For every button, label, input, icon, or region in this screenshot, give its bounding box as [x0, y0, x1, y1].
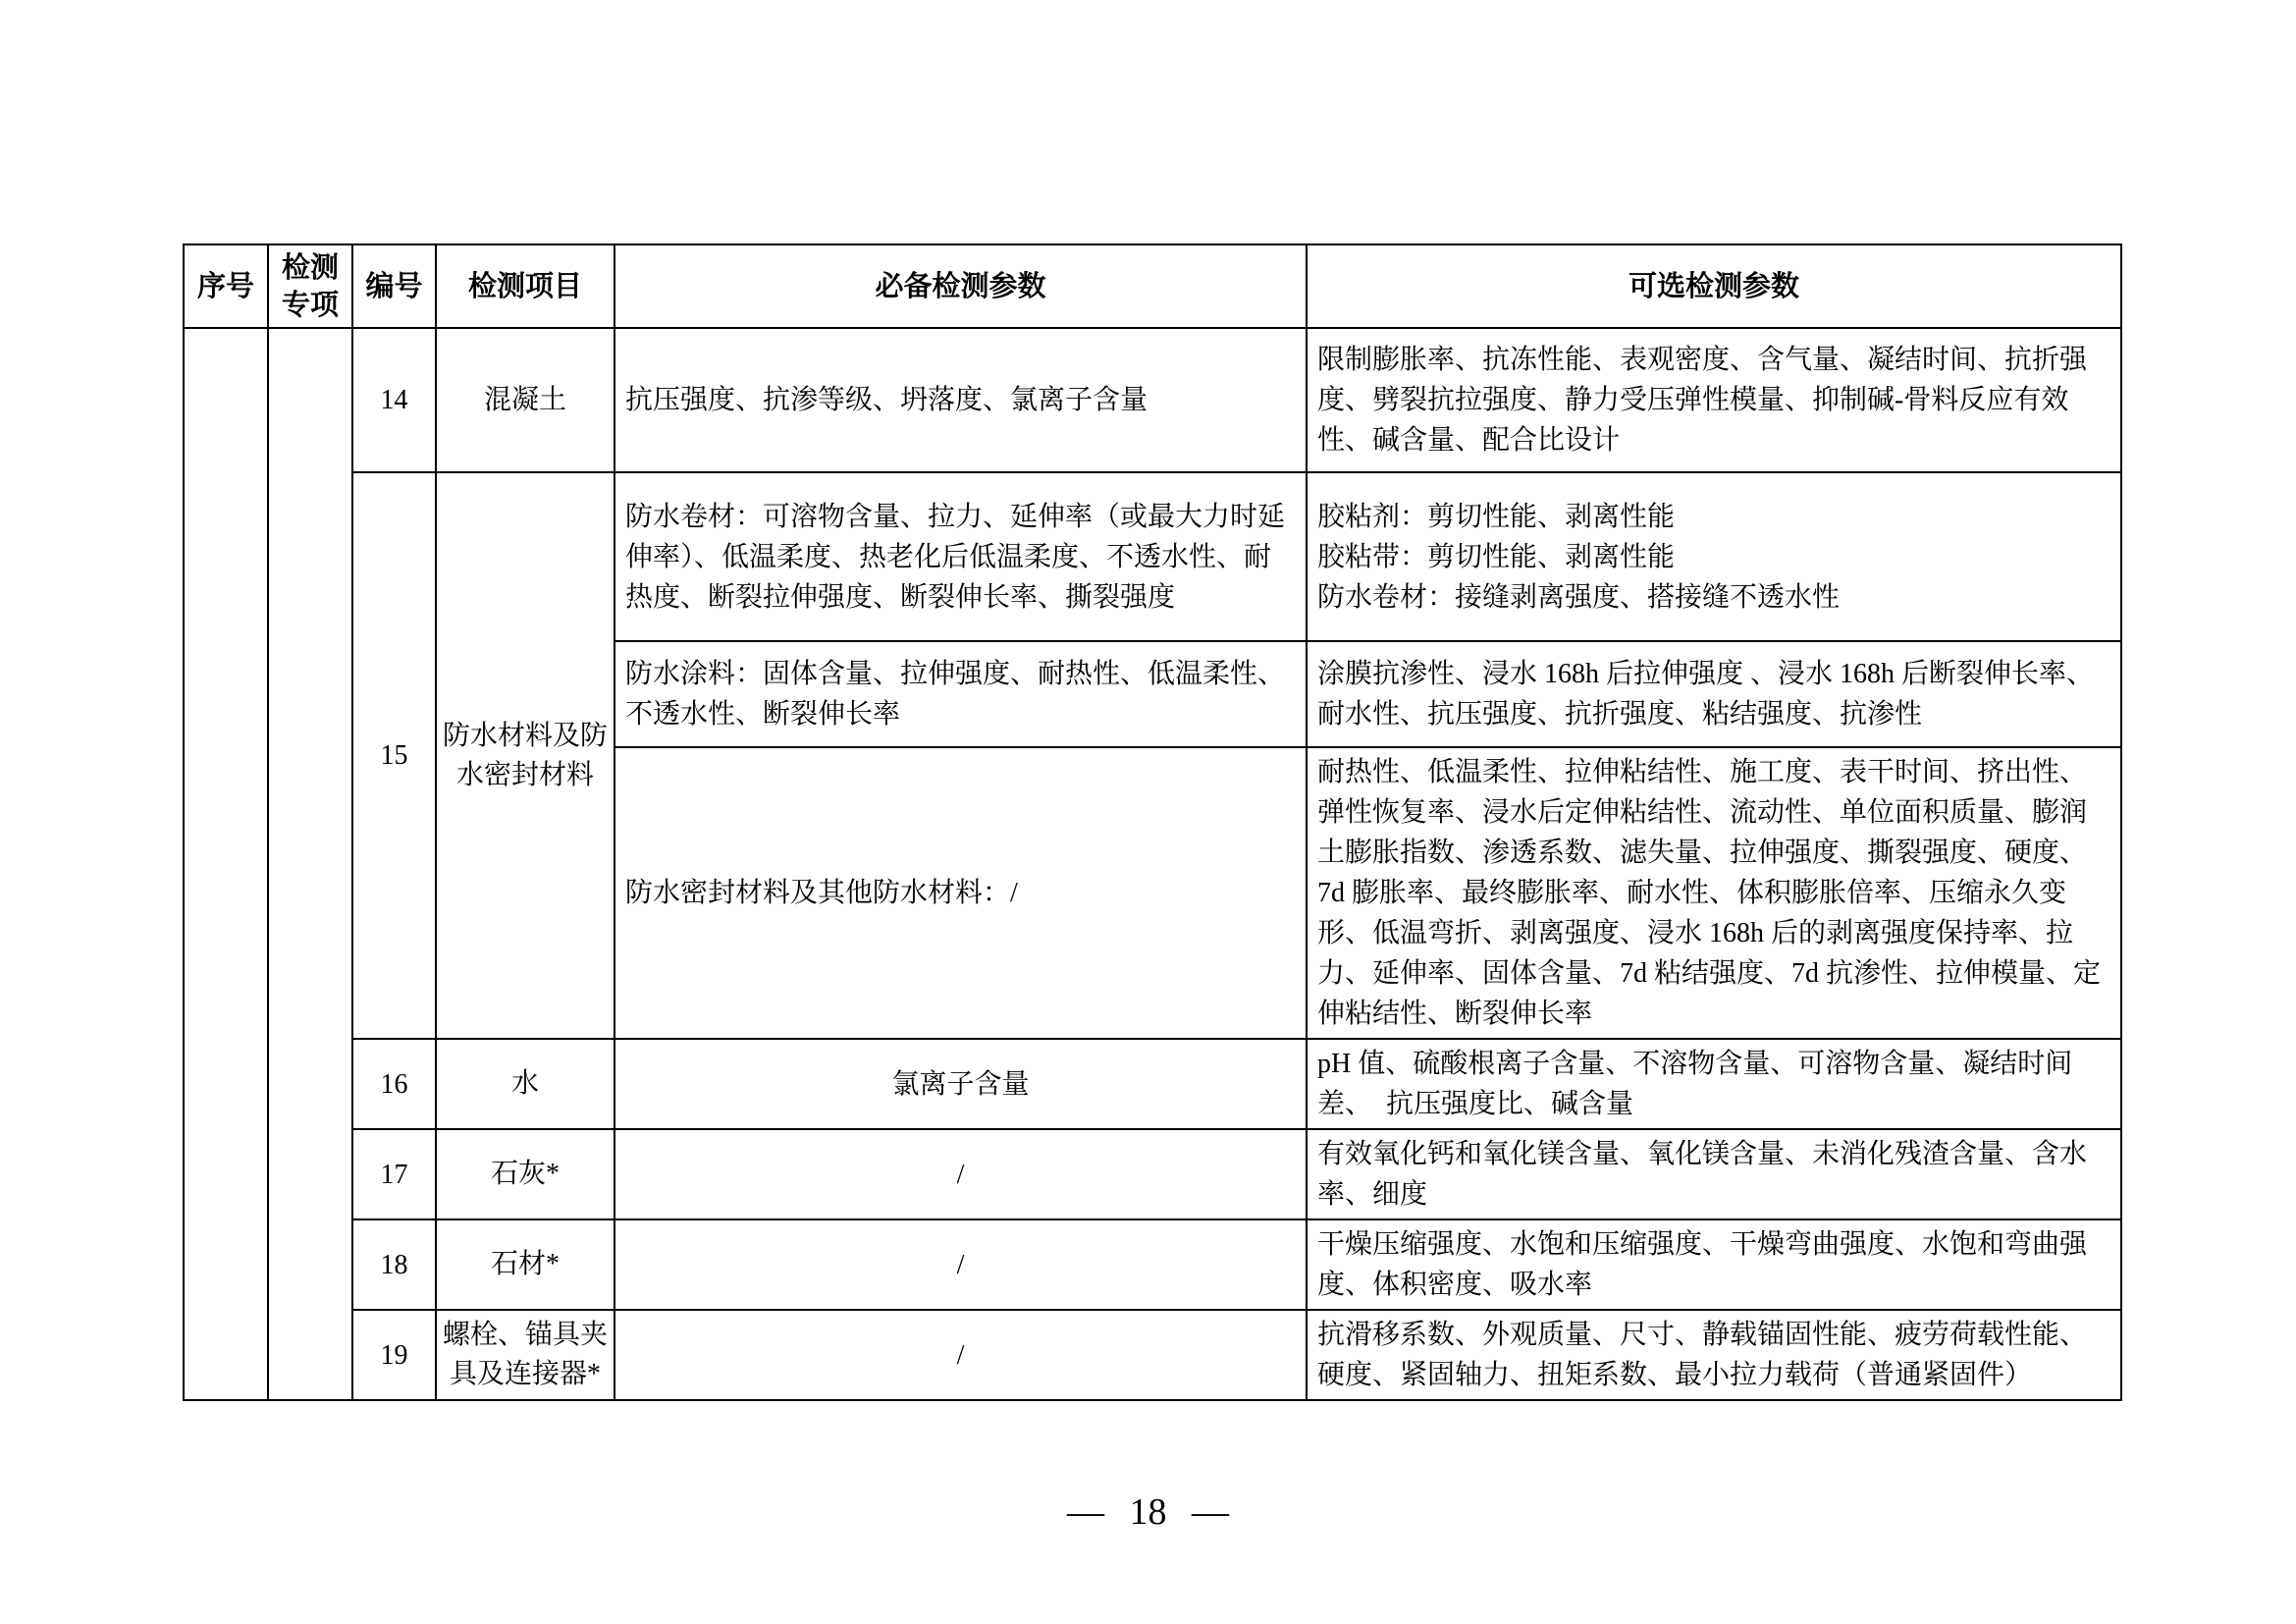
row17-required: / — [614, 1129, 1307, 1219]
document-page: 序号 检测专项 编号 检测项目 必备检测参数 可选检测参数 14 混凝土 抗压强… — [0, 0, 2296, 1624]
row16-optional: pH 值、硫酸根离子含量、不溶物含量、可溶物含量、凝结时间差、 抗压强度比、碱含… — [1307, 1039, 2121, 1129]
row16-code: 16 — [352, 1039, 436, 1129]
row15-coating-optional: 涂膜抗渗性、浸水 168h 后拉伸强度 、浸水 168h 后断裂伸长率、耐水性、… — [1307, 641, 2121, 747]
table-row: 19 螺栓、锚具夹具及连接器* / 抗滑移系数、外观质量、尺寸、静载锚固性能、疲… — [184, 1310, 2121, 1400]
table-row: 14 混凝土 抗压强度、抗渗等级、坍落度、氯离子含量 限制膨胀率、抗冻性能、表观… — [184, 328, 2121, 472]
page-number: — 18 — — [0, 1490, 2296, 1534]
row15-membrane-required: 防水卷材：可溶物含量、拉力、延伸率（或最大力时延伸率）、低温柔度、热老化后低温柔… — [614, 472, 1307, 641]
row14-code: 14 — [352, 328, 436, 472]
table-header-row: 序号 检测专项 编号 检测项目 必备检测参数 可选检测参数 — [184, 244, 2121, 328]
header-item: 检测项目 — [436, 244, 614, 328]
row18-code: 18 — [352, 1219, 436, 1310]
serial-merged-cell — [184, 328, 268, 1400]
row19-item: 螺栓、锚具夹具及连接器* — [436, 1310, 614, 1400]
row18-item: 石材* — [436, 1219, 614, 1310]
row18-optional: 干燥压缩强度、水饱和压缩强度、干燥弯曲强度、水饱和弯曲强度、体积密度、吸水率 — [1307, 1219, 2121, 1310]
row19-required: / — [614, 1310, 1307, 1400]
table-row: 18 石材* / 干燥压缩强度、水饱和压缩强度、干燥弯曲强度、水饱和弯曲强度、体… — [184, 1219, 2121, 1310]
row14-optional: 限制膨胀率、抗冻性能、表观密度、含气量、凝结时间、抗折强度、劈裂抗拉强度、静力受… — [1307, 328, 2121, 472]
row19-code: 19 — [352, 1310, 436, 1400]
header-serial: 序号 — [184, 244, 268, 328]
table-row: 17 石灰* / 有效氧化钙和氧化镁含量、氧化镁含量、未消化残渣含量、含水率、细… — [184, 1129, 2121, 1219]
header-code: 编号 — [352, 244, 436, 328]
row19-optional: 抗滑移系数、外观质量、尺寸、静载锚固性能、疲劳荷载性能、硬度、紧固轴力、扭矩系数… — [1307, 1310, 2121, 1400]
row18-required: / — [614, 1219, 1307, 1310]
row14-required: 抗压强度、抗渗等级、坍落度、氯离子含量 — [614, 328, 1307, 472]
row17-optional: 有效氧化钙和氧化镁含量、氧化镁含量、未消化残渣含量、含水率、细度 — [1307, 1129, 2121, 1219]
row15-coating-required: 防水涂料：固体含量、拉伸强度、耐热性、低温柔性、不透水性、断裂伸长率 — [614, 641, 1307, 747]
row15-sealing-required: 防水密封材料及其他防水材料：/ — [614, 747, 1307, 1039]
row17-item: 石灰* — [436, 1129, 614, 1219]
header-required-params: 必备检测参数 — [614, 244, 1307, 328]
row17-code: 17 — [352, 1129, 436, 1219]
special-merged-cell — [268, 328, 352, 1400]
header-special: 检测专项 — [268, 244, 352, 328]
header-optional-params: 可选检测参数 — [1307, 244, 2121, 328]
table-row: 15 防水材料及防水密封材料 防水卷材：可溶物含量、拉力、延伸率（或最大力时延伸… — [184, 472, 2121, 641]
row15-item: 防水材料及防水密封材料 — [436, 472, 614, 1039]
row15-membrane-optional: 胶粘剂：剪切性能、剥离性能 胶粘带：剪切性能、剥离性能 防水卷材：接缝剥离强度、… — [1307, 472, 2121, 641]
table-row: 16 水 氯离子含量 pH 值、硫酸根离子含量、不溶物含量、可溶物含量、凝结时间… — [184, 1039, 2121, 1129]
row15-code: 15 — [352, 472, 436, 1039]
row14-item: 混凝土 — [436, 328, 614, 472]
row16-required: 氯离子含量 — [614, 1039, 1307, 1129]
inspection-parameters-table: 序号 检测专项 编号 检测项目 必备检测参数 可选检测参数 14 混凝土 抗压强… — [183, 244, 2122, 1401]
row16-item: 水 — [436, 1039, 614, 1129]
row15-sealing-optional: 耐热性、低温柔性、拉伸粘结性、施工度、表干时间、挤出性、弹性恢复率、浸水后定伸粘… — [1307, 747, 2121, 1039]
